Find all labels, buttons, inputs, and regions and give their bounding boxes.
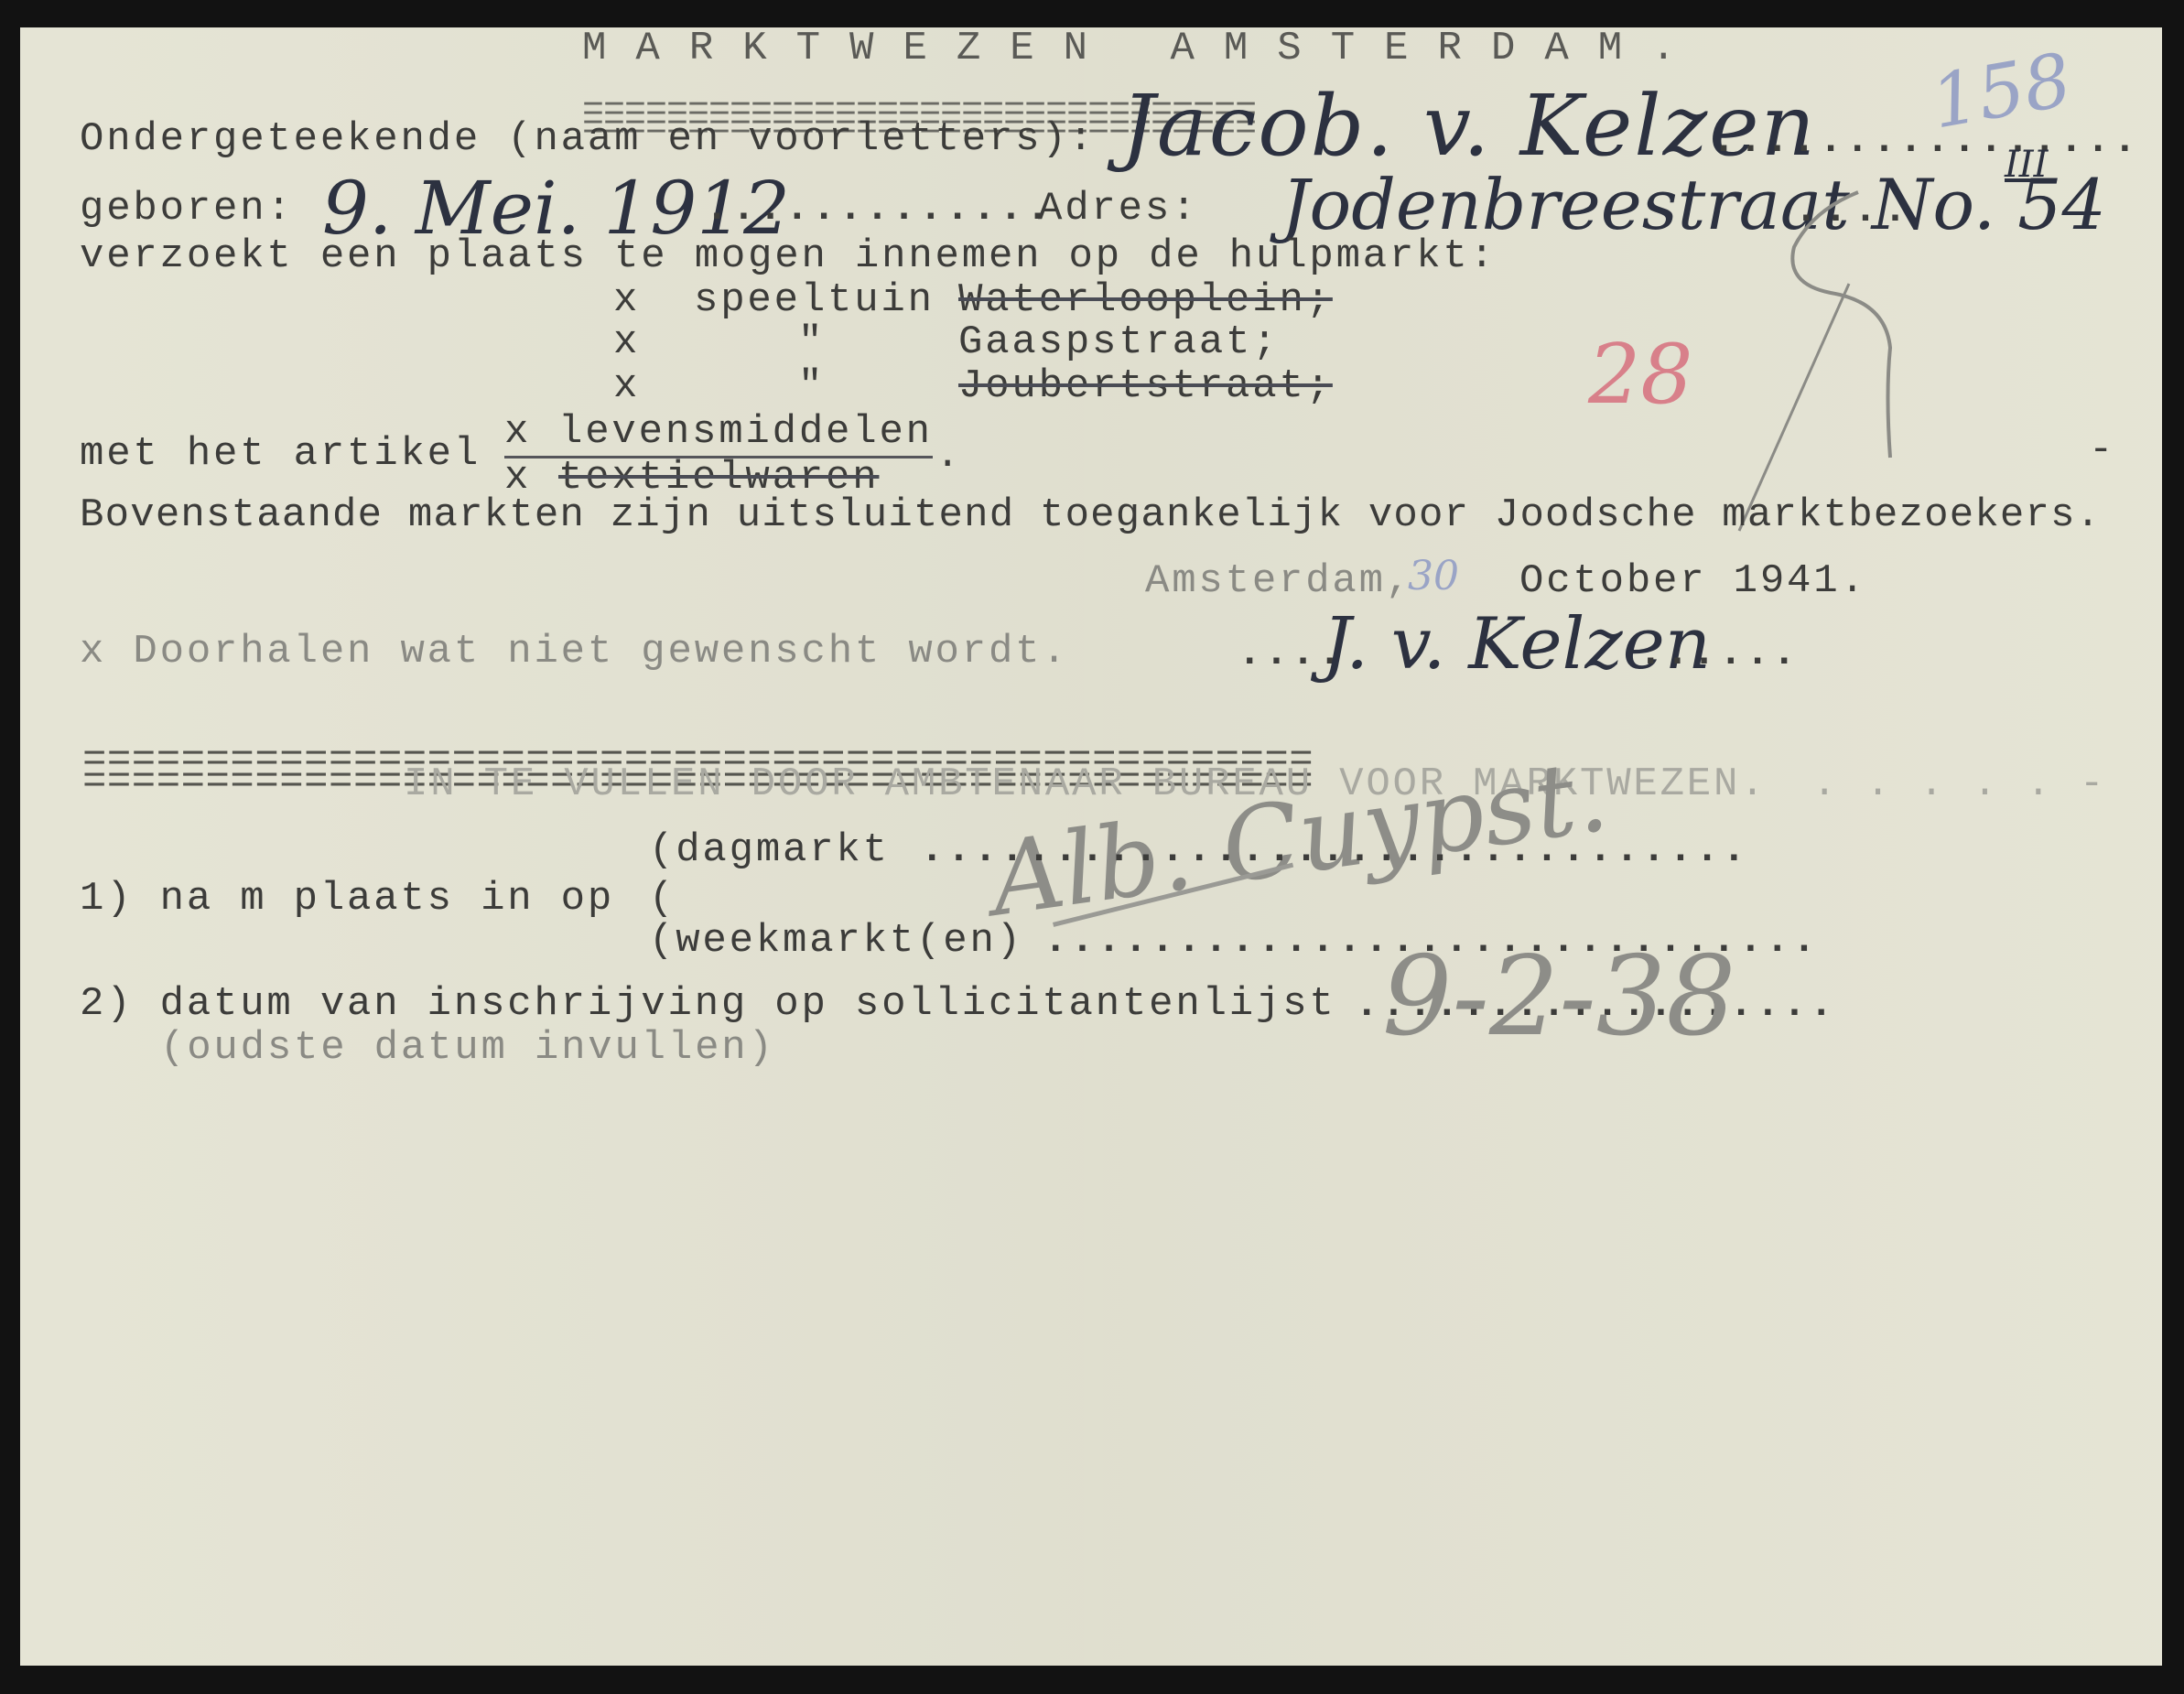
official-heading-dots: . . . . . - — [1812, 764, 2106, 804]
place-label: Amsterdam, — [1145, 561, 1412, 601]
market-name-joubertstraat: Joubertstraat; — [958, 366, 1333, 406]
name-dots: ................ — [1712, 121, 2139, 161]
red-pencil-annotation: 28 — [1588, 334, 1693, 416]
market-marker: x — [613, 280, 640, 320]
market-type-ditto: " — [798, 366, 825, 406]
registration-date: 9-2-38 — [1382, 943, 1735, 1052]
item2-sub: (oudste datum invullen) — [160, 1028, 775, 1068]
market-type: speeltuin — [694, 280, 935, 320]
date-month-year: October 1941. — [1519, 561, 1867, 601]
born-dots: ............. — [705, 189, 1053, 229]
notice-text: Bovenstaande markten zijn uitsluitend to… — [80, 495, 2101, 535]
bracket-mid: ( — [649, 879, 676, 919]
market-type-ditto: " — [798, 322, 825, 362]
signature-dots-after: ...... — [1638, 633, 1799, 674]
request-text: verzoekt een plaats te mogen innemen op … — [80, 236, 1497, 276]
dagmarkt-label: (dagmarkt — [649, 830, 890, 870]
address-label: Adres: — [1038, 189, 1198, 229]
article-period: . — [935, 436, 962, 476]
market-name-gaaspstraat: Gaaspstraat; — [958, 322, 1279, 362]
market-name-waterlooplein: Waterlooplein; — [958, 280, 1333, 320]
footnote-text: x Doorhalen wat niet gewenscht wordt. — [80, 631, 1069, 672]
item2-label: 2) datum van inschrijving op sollicitant… — [80, 984, 1336, 1024]
dagmarkt-dots: ............................... — [920, 830, 1748, 870]
weekmarkt-label: (weekmarkt(en) — [649, 921, 1023, 961]
date-day: 30 — [1408, 556, 1459, 597]
article-label: met het artikel — [80, 434, 481, 474]
margin-dash: - — [2089, 430, 2115, 470]
address-floor-suffix: III — [2005, 146, 2048, 183]
name-label: Ondergeteekende (naam en voorletters): — [80, 119, 1096, 159]
item1-label: 1) na m plaats in op — [80, 879, 614, 919]
market-marker: x — [613, 322, 640, 362]
article-option-marker: x — [504, 412, 531, 452]
address-value: Jodenbreestraat No. 54 — [1281, 170, 2106, 240]
article-option-levensmiddelen: levensmiddelen — [558, 412, 933, 452]
market-marker: x — [613, 366, 640, 406]
document-title: M A R K T W E Z E N A M S T E R D A M . — [582, 26, 1678, 71]
born-label: geboren: — [80, 189, 294, 229]
